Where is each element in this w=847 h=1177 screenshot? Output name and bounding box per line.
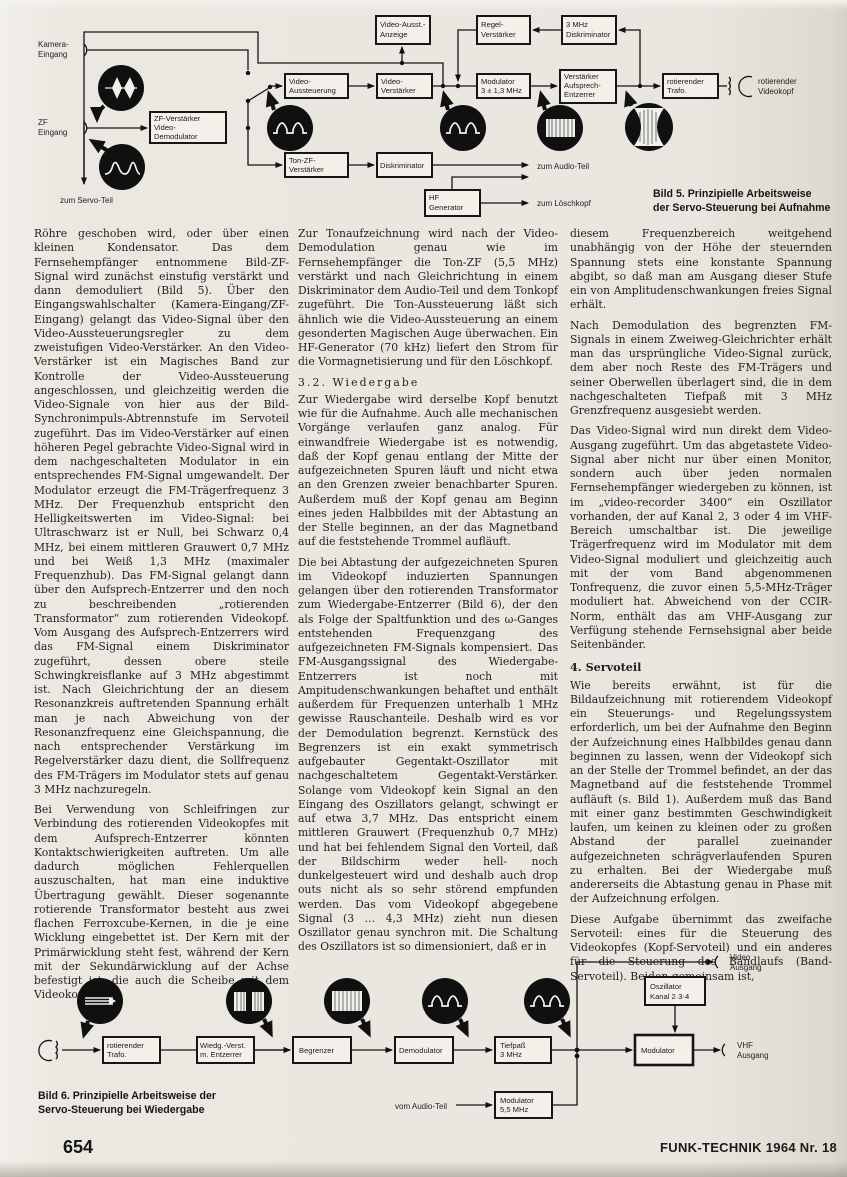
vhf-output-label: VHF <box>737 1041 753 1050</box>
fig5-box-ton-zf-verstaerker: Ton-ZF- Verstärker <box>285 153 348 177</box>
fig5-box-diskriminator: Diskriminator <box>377 153 432 177</box>
fig6-box-modulator-55mhz: Modulator 5,5 MHz <box>495 1092 552 1118</box>
svg-text:Verstärker: Verstärker <box>381 86 416 95</box>
paragraph: Röhre geschoben wird, oder über einen kl… <box>34 227 289 797</box>
svg-text:3 MHz: 3 MHz <box>566 20 588 29</box>
section-heading-servoteil: 4. Servoteil <box>570 660 832 674</box>
svg-text:Aussteuerung: Aussteuerung <box>289 86 336 95</box>
svg-text:Entzerrer: Entzerrer <box>564 90 596 99</box>
fig5-box-modulator: Modulator 3 ± 1,3 MHz <box>477 74 530 98</box>
fig5-box-aufsprech-entzerrer: Verstärker Aufsprech- Entzerrer <box>560 70 616 103</box>
oscillogram-head-signal-icon <box>77 978 123 1035</box>
svg-text:Video-: Video- <box>381 77 403 86</box>
svg-text:Verstärker: Verstärker <box>289 165 324 174</box>
oscillogram-magic-band-icon <box>97 65 144 119</box>
svg-text:Kanal 2·3·4: Kanal 2·3·4 <box>650 992 689 1001</box>
svg-text:Regel-: Regel- <box>481 20 504 29</box>
svg-text:Verstärker: Verstärker <box>481 30 516 39</box>
audio-output-label: zum Audio-Teil <box>537 162 589 171</box>
svg-text:Trafo.: Trafo. <box>667 86 687 95</box>
paragraph: Zur Wiedergabe wird derselbe Kopf benutz… <box>298 393 558 550</box>
oscillogram-fm-band-gap-icon <box>226 978 272 1034</box>
figure6-caption: Bild 6. Prinzipielle Arbeitsweise der <box>38 1090 216 1102</box>
paragraph: Das Video-Signal wird nun direkt dem Vid… <box>570 424 832 652</box>
paragraph: Wie bereits erwähnt, ist für die Bildauf… <box>570 679 832 907</box>
svg-text:3 ± 1,3 MHz: 3 ± 1,3 MHz <box>481 86 522 95</box>
rotating-videohead-icon <box>39 1041 57 1061</box>
svg-text:m. Entzerrer: m. Entzerrer <box>200 1050 242 1059</box>
svg-text:Ton-ZF-: Ton-ZF- <box>289 156 316 165</box>
rotating-videohead-label: rotierender <box>758 77 797 86</box>
oscillogram-video-signal-2-icon <box>440 94 486 151</box>
svg-text:Verstärker: Verstärker <box>564 72 599 81</box>
rotating-videohead-icon <box>729 77 752 97</box>
svg-text:Anzeige: Anzeige <box>380 30 407 39</box>
video-output-label: Video <box>730 953 751 962</box>
svg-text:Demodulator: Demodulator <box>399 1046 443 1055</box>
section-heading-wiedergabe: 3.2. Wiedergabe <box>298 376 558 390</box>
svg-text:rotierender: rotierender <box>107 1041 144 1050</box>
svg-text:Diskriminator: Diskriminator <box>566 30 611 39</box>
svg-text:Aufsprech-: Aufsprech- <box>564 81 601 90</box>
svg-text:Wiedg.-Verst.: Wiedg.-Verst. <box>200 1041 246 1050</box>
fig5-box-rotierender-trafo: rotierender Trafo. <box>663 74 718 98</box>
kamera-input-label: Kamera- <box>38 40 69 49</box>
fig5-box-video-aussteuerung: Video- Aussteuerung <box>285 74 348 98</box>
body-column-3: diesem Frequenzbereich weitgehend unabhä… <box>570 227 832 990</box>
svg-text:Generator: Generator <box>429 203 464 212</box>
paragraph: Zur Tonaufzeichnung wird nach der Video-… <box>298 227 558 370</box>
oscillogram-fm-band-full-icon <box>324 978 370 1034</box>
body-column-2: Zur Tonaufzeichnung wird nach der Video-… <box>298 227 558 961</box>
journal-title: FUNK-TECHNIK 1964 Nr. 18 <box>660 1140 837 1155</box>
fig6-box-begrenzer: Begrenzer <box>293 1037 351 1063</box>
fig6-box-tiefpass: Tiefpaß 3 MHz <box>495 1037 551 1063</box>
page-number: 654 <box>63 1137 93 1158</box>
svg-text:HF: HF <box>429 193 439 202</box>
svg-text:Tiefpaß: Tiefpaß <box>500 1041 526 1050</box>
from-audio-label: vom Audio-Teil <box>395 1102 447 1111</box>
svg-text:Servo-Steuerung bei Wiederga: Servo-Steuerung bei Wiedergabe <box>38 1104 205 1116</box>
fig6-box-modulator: Modulator <box>635 1035 693 1065</box>
fig6-box-oszillator: Oszillator Kanal 2·3·4 <box>645 977 705 1005</box>
svg-text:Eingang: Eingang <box>38 128 67 137</box>
fig5-box-regel-verstaerker: Regel- Verstärker <box>477 16 530 44</box>
svg-text:Modulator: Modulator <box>500 1096 534 1105</box>
svg-text:Ausgang: Ausgang <box>737 1051 769 1060</box>
svg-text:Modulator: Modulator <box>641 1046 675 1055</box>
video-output-connector-icon <box>715 956 718 968</box>
svg-text:Oszillator: Oszillator <box>650 982 682 991</box>
figure5-caption: Bild 5. Prinzipielle Arbeitsweise <box>653 188 812 200</box>
svg-text:Video-: Video- <box>154 123 176 132</box>
oscillogram-video-signal-1-icon <box>267 94 313 151</box>
fig6-box-wiedergabe-verstaerker: Wiedg.-Verst. m. Entzerrer <box>197 1037 254 1063</box>
magazine-page: Kamera- Eingang ZF Eingang zum Servo-Tei… <box>0 0 847 1177</box>
svg-text:ZF-Verstärker: ZF-Verstärker <box>154 114 201 123</box>
svg-text:Demodulator: Demodulator <box>154 132 198 141</box>
svg-text:3 MHz: 3 MHz <box>500 1050 522 1059</box>
svg-text:Video-: Video- <box>289 77 311 86</box>
svg-text:5,5 MHz: 5,5 MHz <box>500 1105 528 1114</box>
svg-text:Begrenzer: Begrenzer <box>299 1046 335 1055</box>
svg-text:Videokopf: Videokopf <box>758 87 794 96</box>
svg-text:Modulator: Modulator <box>481 77 515 86</box>
fig6-box-rotierender-trafo: rotierender Trafo. <box>103 1037 160 1063</box>
svg-text:Eingang: Eingang <box>38 50 67 59</box>
oscillogram-video-signal-2-icon <box>524 978 570 1034</box>
figure6-diagram: VHF Ausgang Video Ausgang vom Audio-Teil… <box>0 953 847 1133</box>
svg-text:Video-Ausst.-: Video-Ausst.- <box>380 20 426 29</box>
fig5-box-zf-verstaerker-demodulator: ZF-Verstärker Video- Demodulator <box>150 112 226 143</box>
fig5-box-3mhz-diskriminator: 3 MHz Diskriminator <box>562 16 616 44</box>
oscillogram-fm-band-2-icon <box>625 94 673 151</box>
oscillogram-video-signal-1-icon <box>422 978 468 1034</box>
paragraph: Nach Demodulation des begrenzten FM-Sign… <box>570 319 832 419</box>
oscillogram-sync-pulses-icon <box>92 141 145 190</box>
fig6-box-demodulator: Demodulator <box>395 1037 453 1063</box>
body-column-1: Röhre geschoben wird, oder über einen kl… <box>34 227 289 1009</box>
paragraph: Die bei Abtastung der aufgezeichneten Sp… <box>298 556 558 955</box>
svg-text:Ausgang: Ausgang <box>730 963 762 972</box>
servo-output-label: zum Servo-Teil <box>60 196 113 205</box>
svg-text:der Servo-Steuerung bei Aufnah: der Servo-Steuerung bei Aufnahme <box>653 202 830 214</box>
svg-text:rotierender: rotierender <box>667 77 704 86</box>
figure5-diagram: Kamera- Eingang ZF Eingang zum Servo-Tei… <box>0 0 847 224</box>
zf-input-label: ZF <box>38 118 48 127</box>
loeschkopf-output-label: zum Löschkopf <box>537 199 592 208</box>
fig5-box-video-ausst-anzeige: Video-Ausst.- Anzeige <box>376 16 430 44</box>
fig5-box-hf-generator: HF Generator <box>425 190 480 216</box>
fig5-box-video-verstaerker: Video- Verstärker <box>377 74 432 98</box>
svg-text:Trafo.: Trafo. <box>107 1050 127 1059</box>
svg-text:Diskriminator: Diskriminator <box>380 161 425 170</box>
paragraph: diesem Frequenzbereich weitgehend unabhä… <box>570 227 832 313</box>
vhf-output-connector-icon <box>722 1044 725 1056</box>
